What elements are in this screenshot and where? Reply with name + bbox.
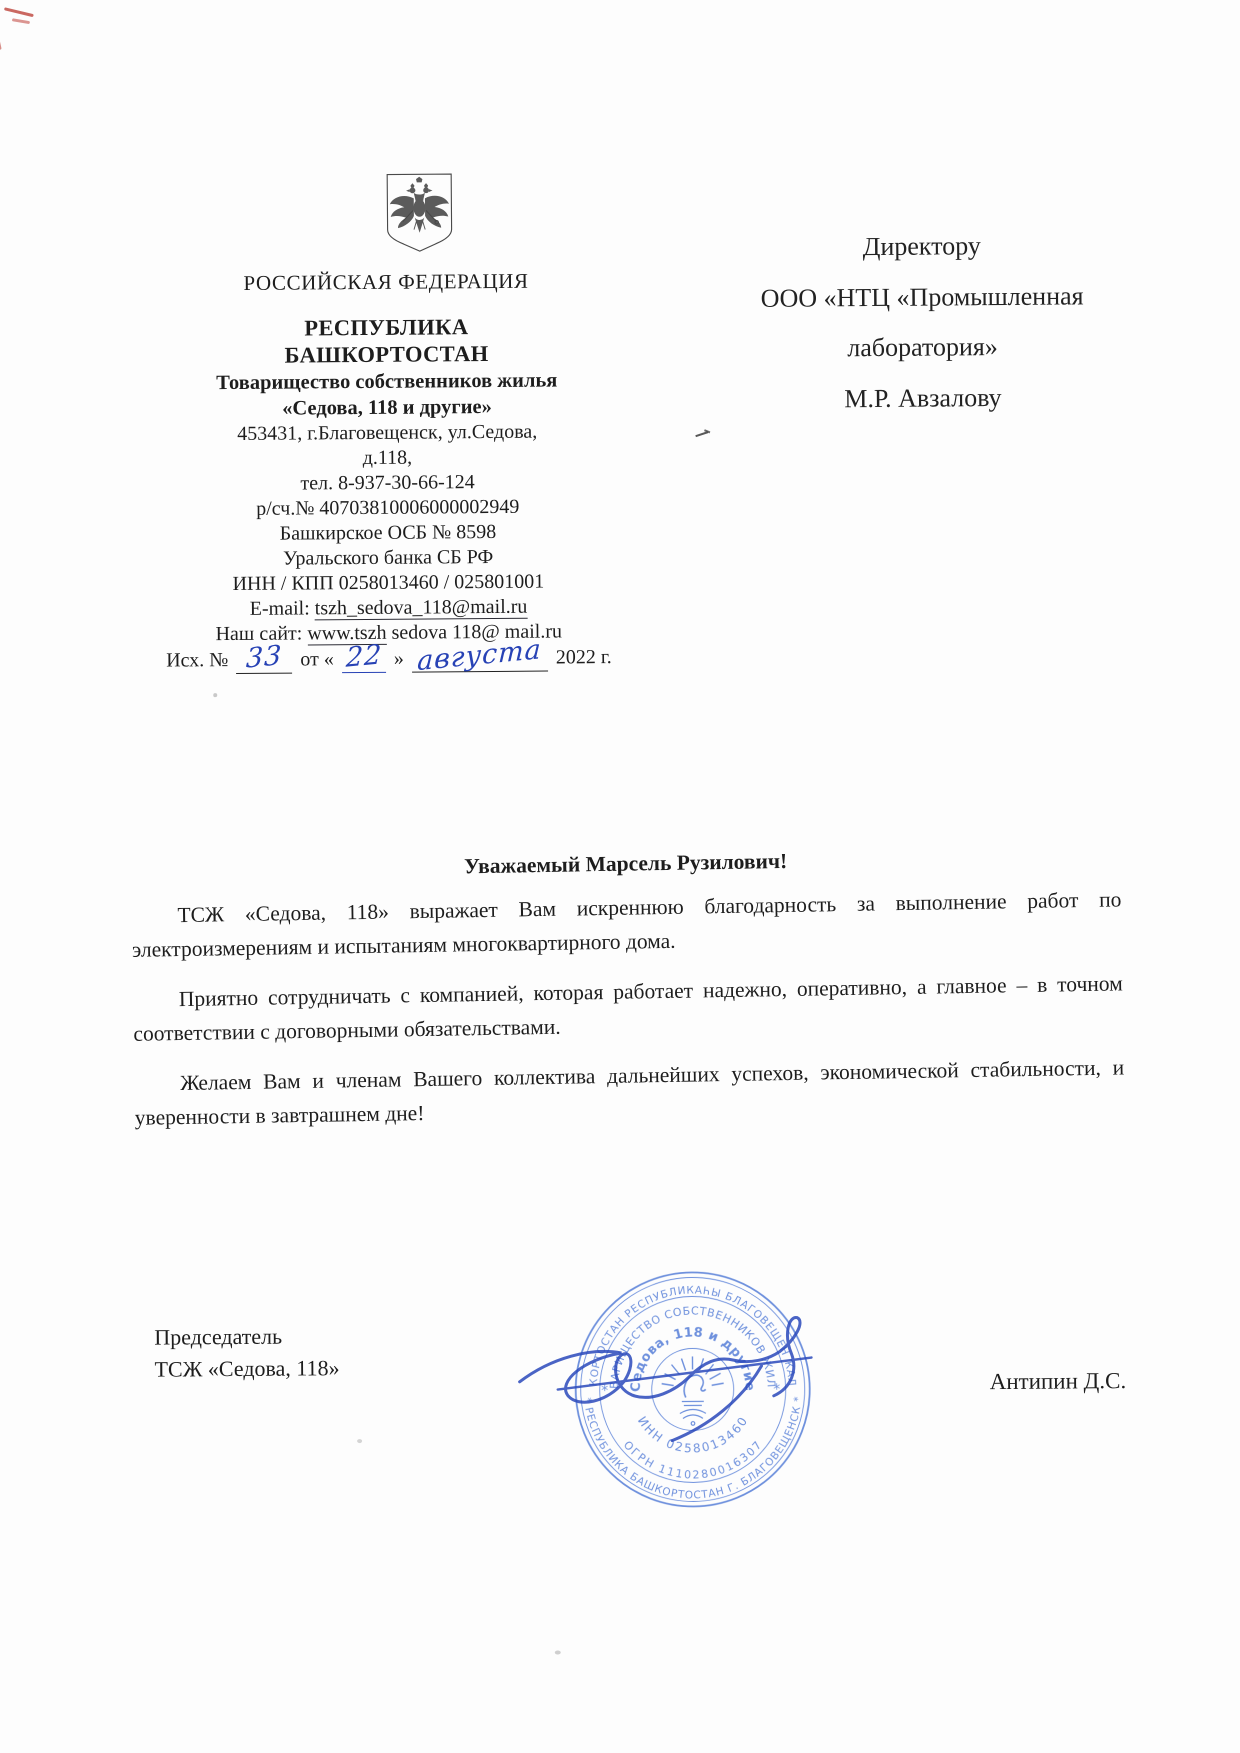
handwritten-day: 22 <box>345 645 382 669</box>
email-label: E-mail: <box>250 597 310 619</box>
ref-year: 2022 г. <box>556 646 612 668</box>
signature-ink <box>459 1293 890 1466</box>
handwritten-month: августа <box>417 640 542 672</box>
signer-position-line-1: Председатель <box>154 1320 339 1353</box>
handwritten-ref-number: 33 <box>246 646 283 670</box>
email-address: tszh_sedova_118@mail.ru <box>315 596 528 621</box>
ref-month-blank: августа <box>412 646 548 673</box>
recipient-company-line-2: лаборатория» <box>662 321 1182 376</box>
recipient-person: М.Р. Авзалову <box>663 371 1183 426</box>
republic-line-2: БАШКОРТОСТАН <box>126 339 646 370</box>
country-name: РОССИЙСКАЯ ФЕДЕРАЦИЯ <box>126 268 646 297</box>
scan-artifact-speck <box>357 1439 362 1443</box>
salutation: Уважаемый Марсель Рузилович! <box>131 843 1121 884</box>
ref-prefix: Исх. № <box>166 649 228 671</box>
scanned-letter-page: РОССИЙСКАЯ ФЕДЕРАЦИЯ РЕСПУБЛИКА БАШКОРТО… <box>0 0 1240 1753</box>
scan-artifact-red-mark <box>4 7 34 17</box>
scan-artifact-red-mark <box>0 35 2 50</box>
signer-name: Антипин Д.С. <box>990 1368 1127 1395</box>
ref-number-blank: 33 <box>236 648 292 674</box>
paragraph-3: Желаем Вам и членам Вашего коллектива да… <box>134 1051 1125 1134</box>
paragraph-1: ТСЖ «Седова, 118» выражает Вам искреннюю… <box>131 883 1122 966</box>
outgoing-ref-line: Исх. № 33 от « 22 » августа 2022 г. <box>129 645 649 675</box>
signer-position-line-2: ТСЖ «Седова, 118» <box>154 1352 339 1385</box>
recipient-title: Директору <box>662 220 1182 275</box>
ref-day-blank: 22 <box>342 647 386 673</box>
ref-close-quote: » <box>394 648 404 670</box>
website-line: Наш сайт: www.tszh sedova 118@ mail.ru <box>129 619 649 648</box>
scan-artifact-speck <box>555 1650 561 1654</box>
organization-name: Товарищество собственников жилья «Седова… <box>127 368 647 423</box>
coat-of-arms-russia-icon <box>379 171 460 256</box>
republic-line-1: РЕСПУБЛИКА <box>126 312 646 343</box>
republic-name: РЕСПУБЛИКА БАШКОРТОСТАН <box>126 312 646 370</box>
letterhead: РОССИЙСКАЯ ФЕДЕРАЦИЯ РЕСПУБЛИКА БАШКОРТО… <box>126 268 649 675</box>
recipient-block: Директору ООО «НТЦ «Промышленная лаборат… <box>662 220 1184 426</box>
scan-artifact-red-mark <box>12 18 30 24</box>
scan-artifact-speck <box>213 693 217 697</box>
signer-position-block: Председатель ТСЖ «Седова, 118» <box>154 1320 339 1385</box>
letter-body: Уважаемый Марсель Рузилович! ТСЖ «Седова… <box>131 843 1126 1151</box>
ref-between: от « <box>300 648 334 670</box>
paragraph-2: Приятно сотрудничать с компанией, котора… <box>133 967 1124 1050</box>
recipient-company-line-1: ООО «НТЦ «Промышленная <box>662 270 1182 325</box>
